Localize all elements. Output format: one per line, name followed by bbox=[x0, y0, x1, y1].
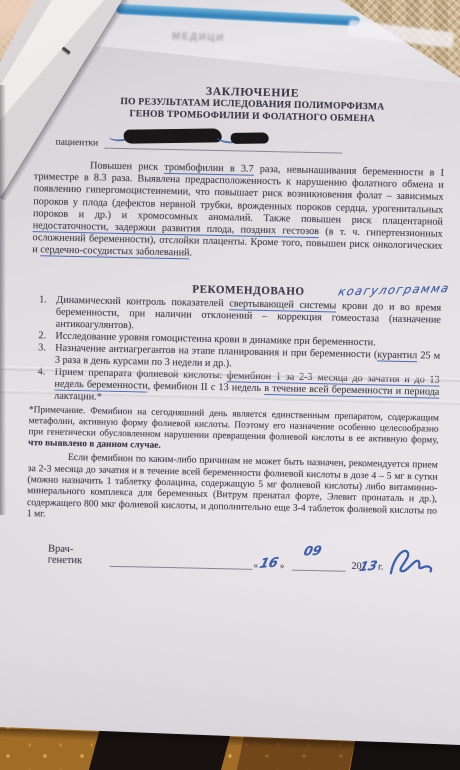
item-number: 1. bbox=[39, 294, 57, 330]
page-edge-shadow bbox=[0, 85, 6, 515]
item-text-part: Динамический контроль показателей bbox=[56, 294, 229, 309]
item-text-part: крови до и во время беременности, при на… bbox=[56, 300, 442, 331]
footnote-paragraph: *Примечание. Фемибион на сегодняшний ден… bbox=[28, 405, 439, 458]
redaction-mark bbox=[230, 132, 268, 144]
item-number: 2. bbox=[38, 330, 55, 342]
handwritten-month: 09 bbox=[302, 543, 323, 559]
item-text-part: лактации.* bbox=[54, 390, 102, 402]
paragraph-text: Повышен риск bbox=[90, 160, 165, 173]
recommendation-item-3: 3. Назначение антиагрегантов на этапе пл… bbox=[38, 342, 440, 374]
footnote-text: *Примечание. Фемибион на сегодняшний ден… bbox=[28, 405, 439, 446]
alternative-dosage-paragraph: Если фемибион по каким-либо причинам не … bbox=[27, 452, 438, 528]
pen-underlined-text: недостаточности, задержки развития плода… bbox=[33, 220, 319, 238]
item-text-part: Назначение антиагрегантов на этапе плани… bbox=[55, 342, 377, 360]
document-title: ЗАКЛЮЧЕНИЕ ПО РЕЗУЛЬТАТАМ ИСЛЕДОВАНИЯ ПО… bbox=[35, 82, 446, 126]
letterhead-text-fragment: МЕДИЦИ bbox=[172, 31, 225, 44]
pen-underlined-text: фемибион 1 за 2-3 месяца до зачатия и до… bbox=[54, 370, 439, 392]
pen-underlined-text: тромбофилии в 3.7 bbox=[164, 162, 253, 176]
title-line-2: ПО РЕЗУЛЬТАТАМ ИСЛЕДОВАНИЯ ПОЛИМОРФИЗМА bbox=[59, 95, 445, 115]
title-line-3: ГЕНОВ ТРОМБОФИЛИИ И ФОЛАТНОГО ОБМЕНА bbox=[59, 106, 445, 126]
patient-name-line bbox=[104, 135, 342, 154]
signature-row: Врач-генетик « 16 » 09 20 13 г. bbox=[48, 544, 436, 574]
pen-mark bbox=[216, 132, 239, 145]
year-suffix: г. bbox=[378, 562, 384, 573]
pen-underlined-text: свертывающей системы bbox=[229, 298, 336, 312]
item-text: Назначение антиагрегантов на этапе плани… bbox=[55, 342, 440, 374]
item-text-part: Исследование уровня гомоцистеина крови в… bbox=[55, 330, 376, 348]
photo-of-medical-document: МЕДИЦИ 2 ЗАКЛЮЧЕНИЕ ПО РЕЗУЛЬТАТАМ ИСЛЕД… bbox=[0, 0, 460, 770]
recommended-header: РЕКОМЕНДОВАНО bbox=[55, 280, 441, 300]
pen-underlined-text: сердечно-сосудистых заболеваний bbox=[40, 245, 190, 260]
item-text-part: 25 м 3 раза в день курсами по 3 недели и… bbox=[55, 350, 440, 369]
date-quote-open: « bbox=[253, 560, 258, 570]
document-content: 2 ЗАКЛЮЧЕНИЕ ПО РЕЗУЛЬТАТАМ ИСЛЕДОВАНИЯ … bbox=[18, 72, 448, 574]
doctor-label: Врач-генетик bbox=[48, 544, 106, 567]
item-text-part: , фемибион II с 13 недель bbox=[148, 380, 265, 393]
item-text: Исследование уровня гомоцистеина крови в… bbox=[55, 330, 440, 350]
date-month-line: 09 bbox=[291, 556, 345, 572]
paper-crease bbox=[0, 389, 460, 405]
paragraph-text: раза, невынашивания беременности в I три… bbox=[33, 164, 444, 228]
signature-blank-line bbox=[109, 552, 252, 570]
pen-underlined-text: курантил bbox=[377, 349, 417, 362]
paragraph-text: (в т. ч. гипертензионных осложнений бере… bbox=[32, 226, 443, 256]
handwritten-year: 13 bbox=[358, 558, 379, 575]
handwritten-day: 16 bbox=[258, 556, 280, 572]
pen-mark bbox=[108, 127, 139, 142]
item-number: 4. bbox=[37, 366, 55, 402]
recommendation-list: 1. Динамический контроль показателей све… bbox=[29, 294, 441, 411]
redaction-mark bbox=[123, 128, 221, 143]
recommended-section: РЕКОМЕНДОВАНО коагулограмма bbox=[31, 280, 441, 301]
blue-folder-stripe bbox=[116, 4, 360, 26]
recommendation-item-1: 1. Динамический контроль показателей све… bbox=[39, 294, 442, 338]
item-text-part: Прием препарата фолиевой кислоты: bbox=[55, 366, 227, 381]
paragraph-text: . bbox=[189, 248, 192, 259]
signature-flourish-icon bbox=[384, 541, 438, 585]
item-text: Прием препарата фолиевой кислоты: фемиби… bbox=[54, 366, 440, 410]
recommendation-item-4: 4. Прием препарата фолиевой кислоты: фем… bbox=[37, 366, 440, 410]
pen-underlined-text: в течение всей беременности и периода bbox=[264, 383, 439, 399]
document-page: 2 ЗАКЛЮЧЕНИЕ ПО РЕЗУЛЬТАТАМ ИСЛЕДОВАНИЯ … bbox=[0, 0, 460, 770]
handwritten-note: коагулограмма bbox=[337, 281, 452, 299]
recommendation-item-2: 2. Исследование уровня гомоцистеина кров… bbox=[38, 330, 440, 350]
date-quote-close: » bbox=[280, 561, 285, 571]
risk-paragraph: Повышен риск тромбофилии в 3.7 раза, нев… bbox=[32, 159, 444, 265]
patient-label: пациентки bbox=[55, 138, 98, 149]
item-text: Динамический контроль показателей сверты… bbox=[56, 294, 442, 338]
item-number: 3. bbox=[38, 342, 55, 366]
footnote-bold-text: что выявлено в данном случае. bbox=[28, 438, 161, 451]
title-line-1: ЗАКЛЮЧЕНИЕ bbox=[60, 83, 446, 103]
patient-name-row: пациентки bbox=[55, 133, 444, 156]
paper-crease bbox=[0, 366, 460, 382]
year-prefix: 20 bbox=[351, 561, 361, 572]
